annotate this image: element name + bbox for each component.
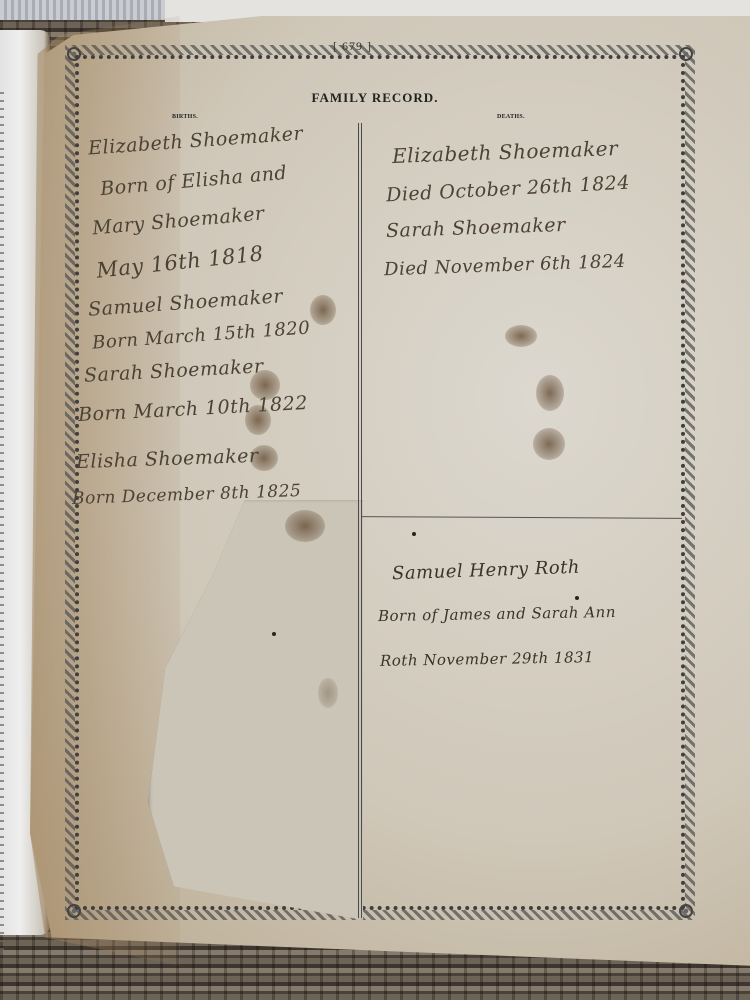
previous-page-border (0, 90, 4, 950)
ink-speck (272, 632, 276, 636)
ink-speck (575, 596, 579, 600)
border-corner-rosette (67, 47, 81, 61)
border-corner-rosette (67, 904, 81, 918)
stain (285, 510, 325, 542)
column-divider (358, 123, 362, 918)
border-corner-rosette (679, 47, 693, 61)
page-number: [ 679 ] (333, 39, 372, 54)
later-entry-date: Roth November 29th 1831 (380, 648, 594, 670)
stain (536, 375, 564, 411)
deaths-column-header: DEATHS. (497, 114, 525, 120)
stain (505, 325, 537, 347)
border-corner-rosette (679, 904, 693, 918)
stain (310, 295, 336, 325)
births-column-header: BIRTHS. (172, 114, 198, 120)
background-cloth (0, 0, 165, 20)
page-title: FAMILY RECORD. (0, 90, 750, 106)
ink-speck (412, 532, 416, 536)
stain (318, 678, 338, 708)
stain (533, 428, 565, 460)
